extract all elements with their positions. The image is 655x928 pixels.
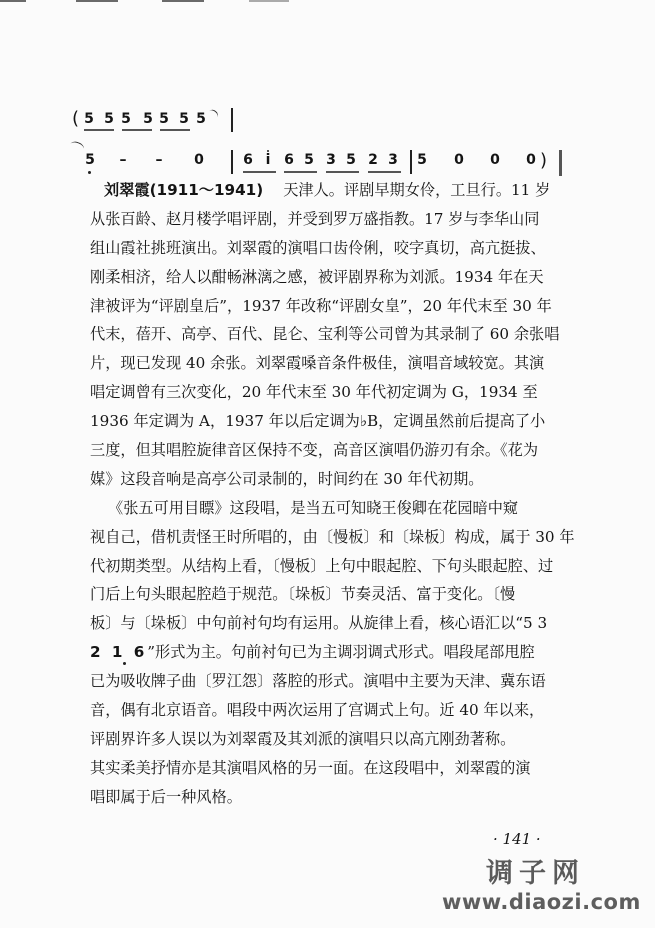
top-rule: [249, 0, 289, 2]
slur-mark: [206, 108, 219, 121]
barline: [231, 150, 233, 174]
text-line: 2 1 6 ”形式为主。句前衬句已为主调羽调式形式。唱段尾部甩腔: [90, 638, 570, 667]
text-line: 组山霞社挑班演出。刘翠霞的演唱口齿伶俐，咬字真切，高亢挺拔、: [90, 234, 570, 263]
note: 5: [177, 111, 191, 127]
text-line: 从张百龄、赵月楼学唱评剧，并受到罗万盛指教。17 岁与李华山同: [90, 205, 570, 234]
text-line: 音，偶有北京语音。唱段中两次运用了宫调式上句。近 40 年以来，: [90, 696, 570, 725]
note: 5: [119, 111, 133, 127]
text-line: 片，现已发现 40 余张。刘翠霞嗓音条件极佳，演唱音域较宽。其演: [90, 349, 570, 378]
note: 3: [324, 152, 338, 168]
text-line: 代初期类型。从结构上看，〔慢板〕上句中眼起腔、下句头眼起腔、过: [90, 552, 570, 581]
text-line: 代末，蓓开、高亭、百代、昆仑、宝利等公司曾为其录制了 60 余张唱: [90, 320, 570, 349]
text-line: 板〕与〔垛板〕中句前衬句均有运用。从旋律上看，核心语汇以“5 3: [90, 609, 570, 638]
text-line: 其实柔美抒情亦是其演唱风格的另一面。在这段唱中，刘翠霞的演: [90, 754, 570, 783]
text-segment: 天津人。评剧早期女伶，工旦行。11 岁: [283, 176, 550, 205]
text-line: 三度，但其唱腔旋律音区保持不变，高音区演唱仍游刃有余。《花为: [90, 436, 570, 465]
text-line: 已为吸收牌子曲〔罗江怨〕落腔的形式。演唱中主要为天津、冀东语: [90, 667, 570, 696]
text-line: 《张五可用目瞟》这段唱，是当五可知晓王俊卿在花园暗中窥: [90, 494, 570, 523]
note: i: [261, 152, 275, 168]
barline: [410, 150, 412, 174]
note: 5: [344, 152, 358, 168]
note: 6: [282, 152, 296, 168]
note: 3: [386, 152, 400, 168]
body-text: 刘翠霞(1911～1941) 天津人。评剧早期女伶，工旦行。11 岁 从张百龄、…: [90, 176, 570, 812]
jianpu-score: ( 5 5 5 5 5 5 5 5 – – 0 6 i 6 5 3 5 2 3 …: [78, 106, 578, 178]
text-segment: ”形式为主。句前衬句已为主调羽调式形式。唱段尾部甩腔: [147, 638, 534, 667]
top-rule: [162, 0, 204, 2]
note: –: [152, 152, 166, 168]
beam-underline: [122, 129, 152, 131]
text-line: 门后上句头眼起腔趋于规范。〔垛板〕节奏灵活、富于变化。〔慢: [90, 580, 570, 609]
beam-underline: [84, 129, 114, 131]
high-octave-dot: [267, 150, 269, 152]
text-line: 视自己，借机责怪王时所唱的，由〔慢板〕和〔垛板〕构成，属于 30 年: [90, 523, 570, 552]
note: 5: [83, 152, 97, 168]
final-barline: [559, 150, 562, 176]
text-line: 刘翠霞(1911～1941) 天津人。评剧早期女伶，工旦行。11 岁: [90, 176, 570, 205]
text-line: 唱即属于后一种风格。: [90, 783, 570, 812]
note: 5: [157, 111, 171, 127]
open-paren: (: [72, 110, 79, 128]
note: 0: [524, 152, 538, 168]
note: 0: [488, 152, 502, 168]
note: 5: [82, 111, 96, 127]
beam-underline: [326, 171, 359, 173]
close-paren: ): [540, 152, 547, 170]
watermark-url: www.diaozi.com: [442, 890, 641, 914]
text-line: 津被评为“评剧皇后”，1937 年改称“评剧女皇”，20 年代末至 30 年: [90, 292, 570, 321]
biography-heading: 刘翠霞(1911～1941): [104, 176, 263, 205]
text-line: 评剧界许多人误以为刘翠霞及其刘派的演唱只以高亢刚劲著称。: [90, 725, 570, 754]
note: 5: [194, 111, 208, 127]
top-rule: [76, 0, 118, 2]
note: –: [116, 152, 130, 168]
note: 2: [366, 152, 380, 168]
text-line: 1936 年定调为 A，1937 年以后定调为♭B，定调虽然前后提高了小: [90, 407, 570, 436]
note: 5: [102, 111, 116, 127]
watermark-title: 调子网: [486, 851, 585, 890]
text-line: 媒》这段音响是高亭公司录制的，时间约在 30 年代初期。: [90, 465, 570, 494]
note: 0: [192, 152, 206, 168]
beam-underline: [243, 171, 276, 173]
text-line: 唱定调曾有三次变化，20 年代末至 30 年代初定调为 G，1934 至: [90, 378, 570, 407]
note: 5: [302, 152, 316, 168]
inline-notation: 2 1 6: [90, 638, 147, 667]
beam-underline: [368, 171, 401, 173]
beam-underline: [160, 129, 190, 131]
top-rule: [0, 0, 26, 2]
barline: [231, 108, 233, 132]
note: 0: [452, 152, 466, 168]
beam-underline: [284, 171, 317, 173]
note: 5: [141, 111, 155, 127]
low-octave-dot: [88, 171, 91, 174]
note: 6: [241, 152, 255, 168]
page-number: · 141 ·: [493, 830, 541, 848]
text-line: 刚柔相济，给人以酣畅淋漓之感，被评剧界称为刘派。1934 年在天: [90, 263, 570, 292]
note: 5: [415, 152, 429, 168]
